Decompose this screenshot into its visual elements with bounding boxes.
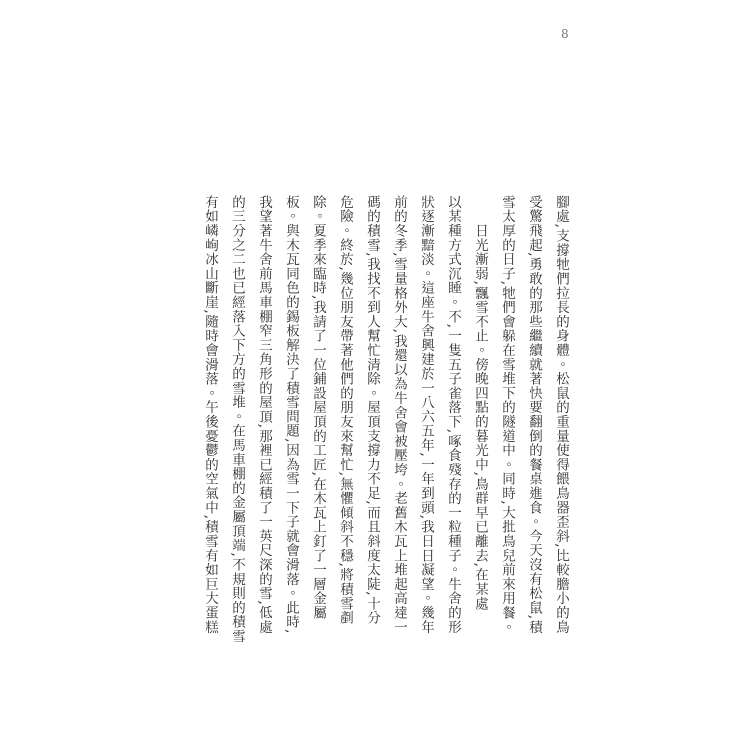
text-column: 狀逐漸黯淡。這座牛舍興建於一八六五年,一年到頭,我日日凝望。幾年 xyxy=(412,195,439,661)
text-column: 我望著牛舍前馬車棚窄三角形的屋頂,那裡已經積了一英尺深的雪,低處 xyxy=(250,195,277,661)
text-column: 雪太厚的日子,牠們會躲在雪堆下的隧道中。同時,大批鳥兒前來用餐。 xyxy=(493,195,520,661)
text-column: 以某種方式沉睡。不,一隻五子雀落下,啄食殘存的一粒種子。牛舍的形 xyxy=(439,195,466,661)
text-column: 腳處,支撐牠們拉長的身體。松鼠的重量使得餵鳥器歪斜,比較膽小的鳥 xyxy=(547,195,574,661)
text-column: 前的冬季,雪量格外大,我還以為牛舍會被壓垮。老舊木瓦上堆起高達一 xyxy=(385,195,412,661)
text-column: 有如嶙峋冰山斷崖,隨時會滑落。午後憂鬱的空氣中,積雪有如巨大蛋糕 xyxy=(196,195,223,661)
book-page: 8 腳處,支撐牠們拉長的身體。松鼠的重量使得餵鳥器歪斜,比較膽小的鳥 受驚飛起,… xyxy=(0,0,750,750)
vertical-text-block: 腳處,支撐牠們拉長的身體。松鼠的重量使得餵鳥器歪斜,比較膽小的鳥 受驚飛起,勇敢… xyxy=(196,195,574,661)
page-number: 8 xyxy=(561,28,569,40)
text-column: 除。夏季來臨時,我請了一位鋪設屋頂的工匠,在木瓦上釘了一層金屬 xyxy=(304,195,331,661)
text-column: 受驚飛起,勇敢的那些繼續就著快要翻倒的餐桌進食。今天沒有松鼠,積 xyxy=(520,195,547,661)
text-column: 日光漸弱,飄雪不止。傍晚四點的暮光中,鳥群早已離去,在某處 xyxy=(466,195,493,661)
text-column: 板。與木瓦同色的錫板解決了積雪問題,因為雪一下子就會滑落。此時, xyxy=(277,195,304,661)
text-column: 的三分之二也已經落入下方的雪堆。在馬車棚的金屬頂端,不規則的積雪 xyxy=(223,195,250,661)
text-column: 危險。終於,幾位朋友帶著他們的朋友來幫忙,無懼傾斜不穩,將積雪剷 xyxy=(331,195,358,661)
text-column: 碼的積雪,我找不到人幫忙清除。屋頂支撐力不足,而且斜度太陡,十分 xyxy=(358,195,385,661)
